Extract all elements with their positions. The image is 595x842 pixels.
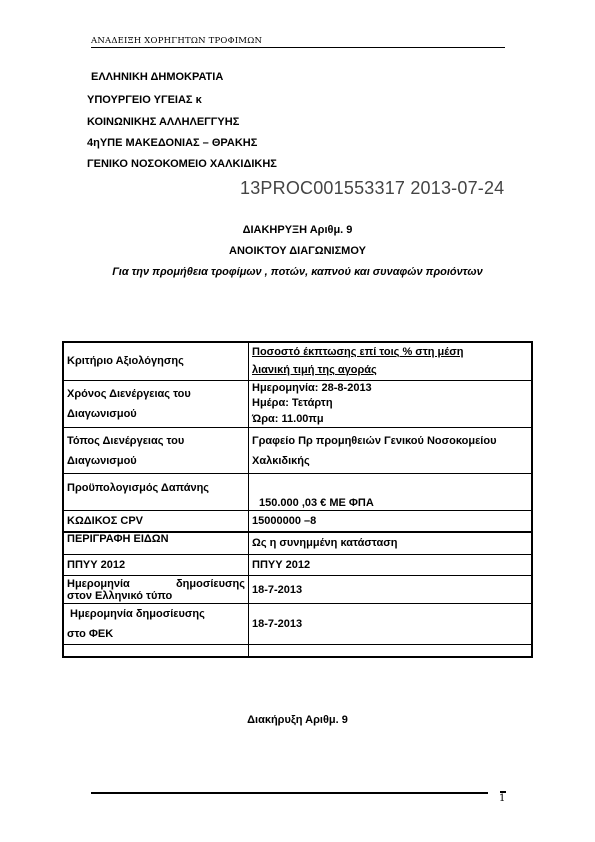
org-line-5: ΓΕΝΙΚΟ ΝΟΣΟΚΟΜΕΙΟ ΧΑΛΚΙΔΙΚΗΣ — [87, 158, 277, 170]
table-label-cell — [63, 645, 249, 657]
label-text: ΠΠΥΥ 2012 — [67, 559, 125, 571]
label-text: ΚΩΔΙΚΟΣ CPV — [67, 515, 143, 527]
notice-title: ΔΙΑΚΗΡΥΞΗ Αριθμ. 9 — [0, 224, 595, 236]
table-label-cell: Χρόνος Διενέργειας του Διαγωνισμού — [63, 380, 249, 428]
table-label-cell: Προϋπολογισμός Δαπάνης — [63, 474, 249, 511]
value-text: Ως η συνημμένη κατάσταση — [252, 537, 397, 549]
table-label-cell: ΠΕΡΙΓΡΑΦΗ ΕΙΔΩΝ — [63, 532, 249, 555]
label-text: στον Ελληνικό τύπο — [67, 590, 245, 602]
org-line-4: 4ηΥΠΕ ΜΑΚΕΔΟΝΙΑΣ – ΘΡΑΚΗΣ — [87, 137, 257, 149]
footer-rule — [91, 792, 488, 794]
label-text: στο ΦΕΚ — [67, 624, 245, 644]
value-text: 18-7-2013 — [252, 618, 302, 630]
label-text: Διαγωνισμού — [67, 404, 245, 424]
tender-info-table: Κριτήριο Αξιολόγησης Ποσοστό έκπτωσης επ… — [62, 341, 533, 658]
table-value-cell: Γραφείο Πρ προμηθειών Γενικού Νοσοκομείο… — [249, 428, 533, 474]
notice-subtitle: Για την προμήθεια τροφίμων , ποτών, καπν… — [0, 266, 595, 278]
table-row: ΠΠΥΥ 2012 ΠΠΥΥ 2012 — [63, 555, 532, 576]
value-text: Ώρα: 11.00πμ — [252, 412, 528, 428]
table-row: ΚΩΔΙΚΟΣ CPV 15000000 –8 — [63, 511, 532, 532]
table-row: ΠΕΡΙΓΡΑΦΗ ΕΙΔΩΝ Ως η συνημμένη κατάσταση — [63, 532, 532, 555]
header-rule — [91, 47, 505, 48]
table-value-cell — [249, 645, 533, 657]
table-label-cell: Τόπος Διενέργειας του Διαγωνισμού — [63, 428, 249, 474]
running-header-title: ΑΝΑΔΕΙΞΗ ΧΟΡΗΓΗΤΩΝ ΤΡΟΦΙΜΩΝ — [91, 36, 262, 46]
value-text: ΠΠΥΥ 2012 — [252, 559, 310, 571]
label-text: Κριτήριο Αξιολόγησης — [67, 351, 245, 371]
org-line-1: ΕΛΛΗΝΙΚΗ ΔΗΜΟΚΡΑΤΙΑ — [91, 71, 223, 83]
table-value-cell: 150.000 ,03 € ΜΕ ΦΠΑ — [249, 474, 533, 511]
table-label-cell: Ημερομηνία δημοσίευσης στο ΦΕΚ — [63, 604, 249, 645]
table-value-cell: ΠΠΥΥ 2012 — [249, 555, 533, 576]
table-label-cell: ΠΠΥΥ 2012 — [63, 555, 249, 576]
table-value-cell: Ως η συνημμένη κατάσταση — [249, 532, 533, 555]
table-label-cell: Ημερομηνία δημοσίευσης στον Ελληνικό τύπ… — [63, 576, 249, 604]
label-text: ΠΕΡΙΓΡΑΦΗ ΕΙΔΩΝ — [67, 533, 169, 545]
table-row: Χρόνος Διενέργειας του Διαγωνισμού Ημερο… — [63, 380, 532, 428]
table-label-cell: Κριτήριο Αξιολόγησης — [63, 342, 249, 380]
label-text: Τόπος Διενέργειας του — [67, 431, 245, 451]
table-value-cell: 15000000 –8 — [249, 511, 533, 532]
table-value-cell: Ημερομηνία: 28-8-2013 Ημέρα: Τετάρτη Ώρα… — [249, 380, 533, 428]
notice-type: ΑΝΟΙΚΤΟΥ ΔΙΑΓΩΝΙΣΜΟΥ — [0, 245, 595, 257]
value-text: Γραφείο Πρ προμηθειών Γενικού Νοσοκομείο… — [252, 431, 528, 451]
value-text: λιανική τιμή της αγοράς — [252, 361, 528, 379]
table-row: Κριτήριο Αξιολόγησης Ποσοστό έκπτωσης επ… — [63, 342, 532, 380]
value-text: Ποσοστό έκπτωσης επί τοις % στη μέση — [252, 343, 528, 361]
value-text: Ημερομηνία: 28-8-2013 — [252, 381, 528, 397]
procurement-id: 13PROC001553317 2013-07-24 — [240, 178, 504, 199]
closing-notice-ref: Διακήρυξη Αριθμ. 9 — [0, 714, 595, 726]
label-text: Ημερομηνία δημοσίευσης — [67, 604, 245, 624]
table-row: Τόπος Διενέργειας του Διαγωνισμού Γραφεί… — [63, 428, 532, 474]
table-row — [63, 645, 532, 657]
table-value-cell: Ποσοστό έκπτωσης επί τοις % στη μέση λια… — [249, 342, 533, 380]
table-row: Ημερομηνία δημοσίευσης στον Ελληνικό τύπ… — [63, 576, 532, 604]
label-text: Ημερομηνία δημοσίευσης — [67, 578, 245, 590]
value-text: Χαλκιδικής — [252, 451, 528, 471]
label-text: Προϋπολογισμός Δαπάνης — [67, 482, 209, 494]
value-text: 150.000 ,03 € ΜΕ ΦΠΑ — [259, 497, 374, 509]
table-label-cell: ΚΩΔΙΚΟΣ CPV — [63, 511, 249, 532]
table-row: Ημερομηνία δημοσίευσης στο ΦΕΚ 18-7-2013 — [63, 604, 532, 645]
org-line-2: ΥΠΟΥΡΓΕΙΟ ΥΓΕΙΑΣ κ — [87, 94, 202, 106]
value-text: 18-7-2013 — [252, 584, 302, 596]
value-text: 15000000 –8 — [252, 515, 316, 527]
value-text: Ημέρα: Τετάρτη — [252, 396, 528, 412]
page-number: 1 — [499, 793, 505, 804]
table-value-cell: 18-7-2013 — [249, 604, 533, 645]
label-text: Χρόνος Διενέργειας του — [67, 384, 245, 404]
label-text: Διαγωνισμού — [67, 451, 245, 471]
table-value-cell: 18-7-2013 — [249, 576, 533, 604]
org-line-3: ΚΟΙΝΩΝΙΚΗΣ ΑΛΛΗΛΕΓΓΥΗΣ — [87, 116, 239, 128]
table-row: Προϋπολογισμός Δαπάνης 150.000 ,03 € ΜΕ … — [63, 474, 532, 511]
